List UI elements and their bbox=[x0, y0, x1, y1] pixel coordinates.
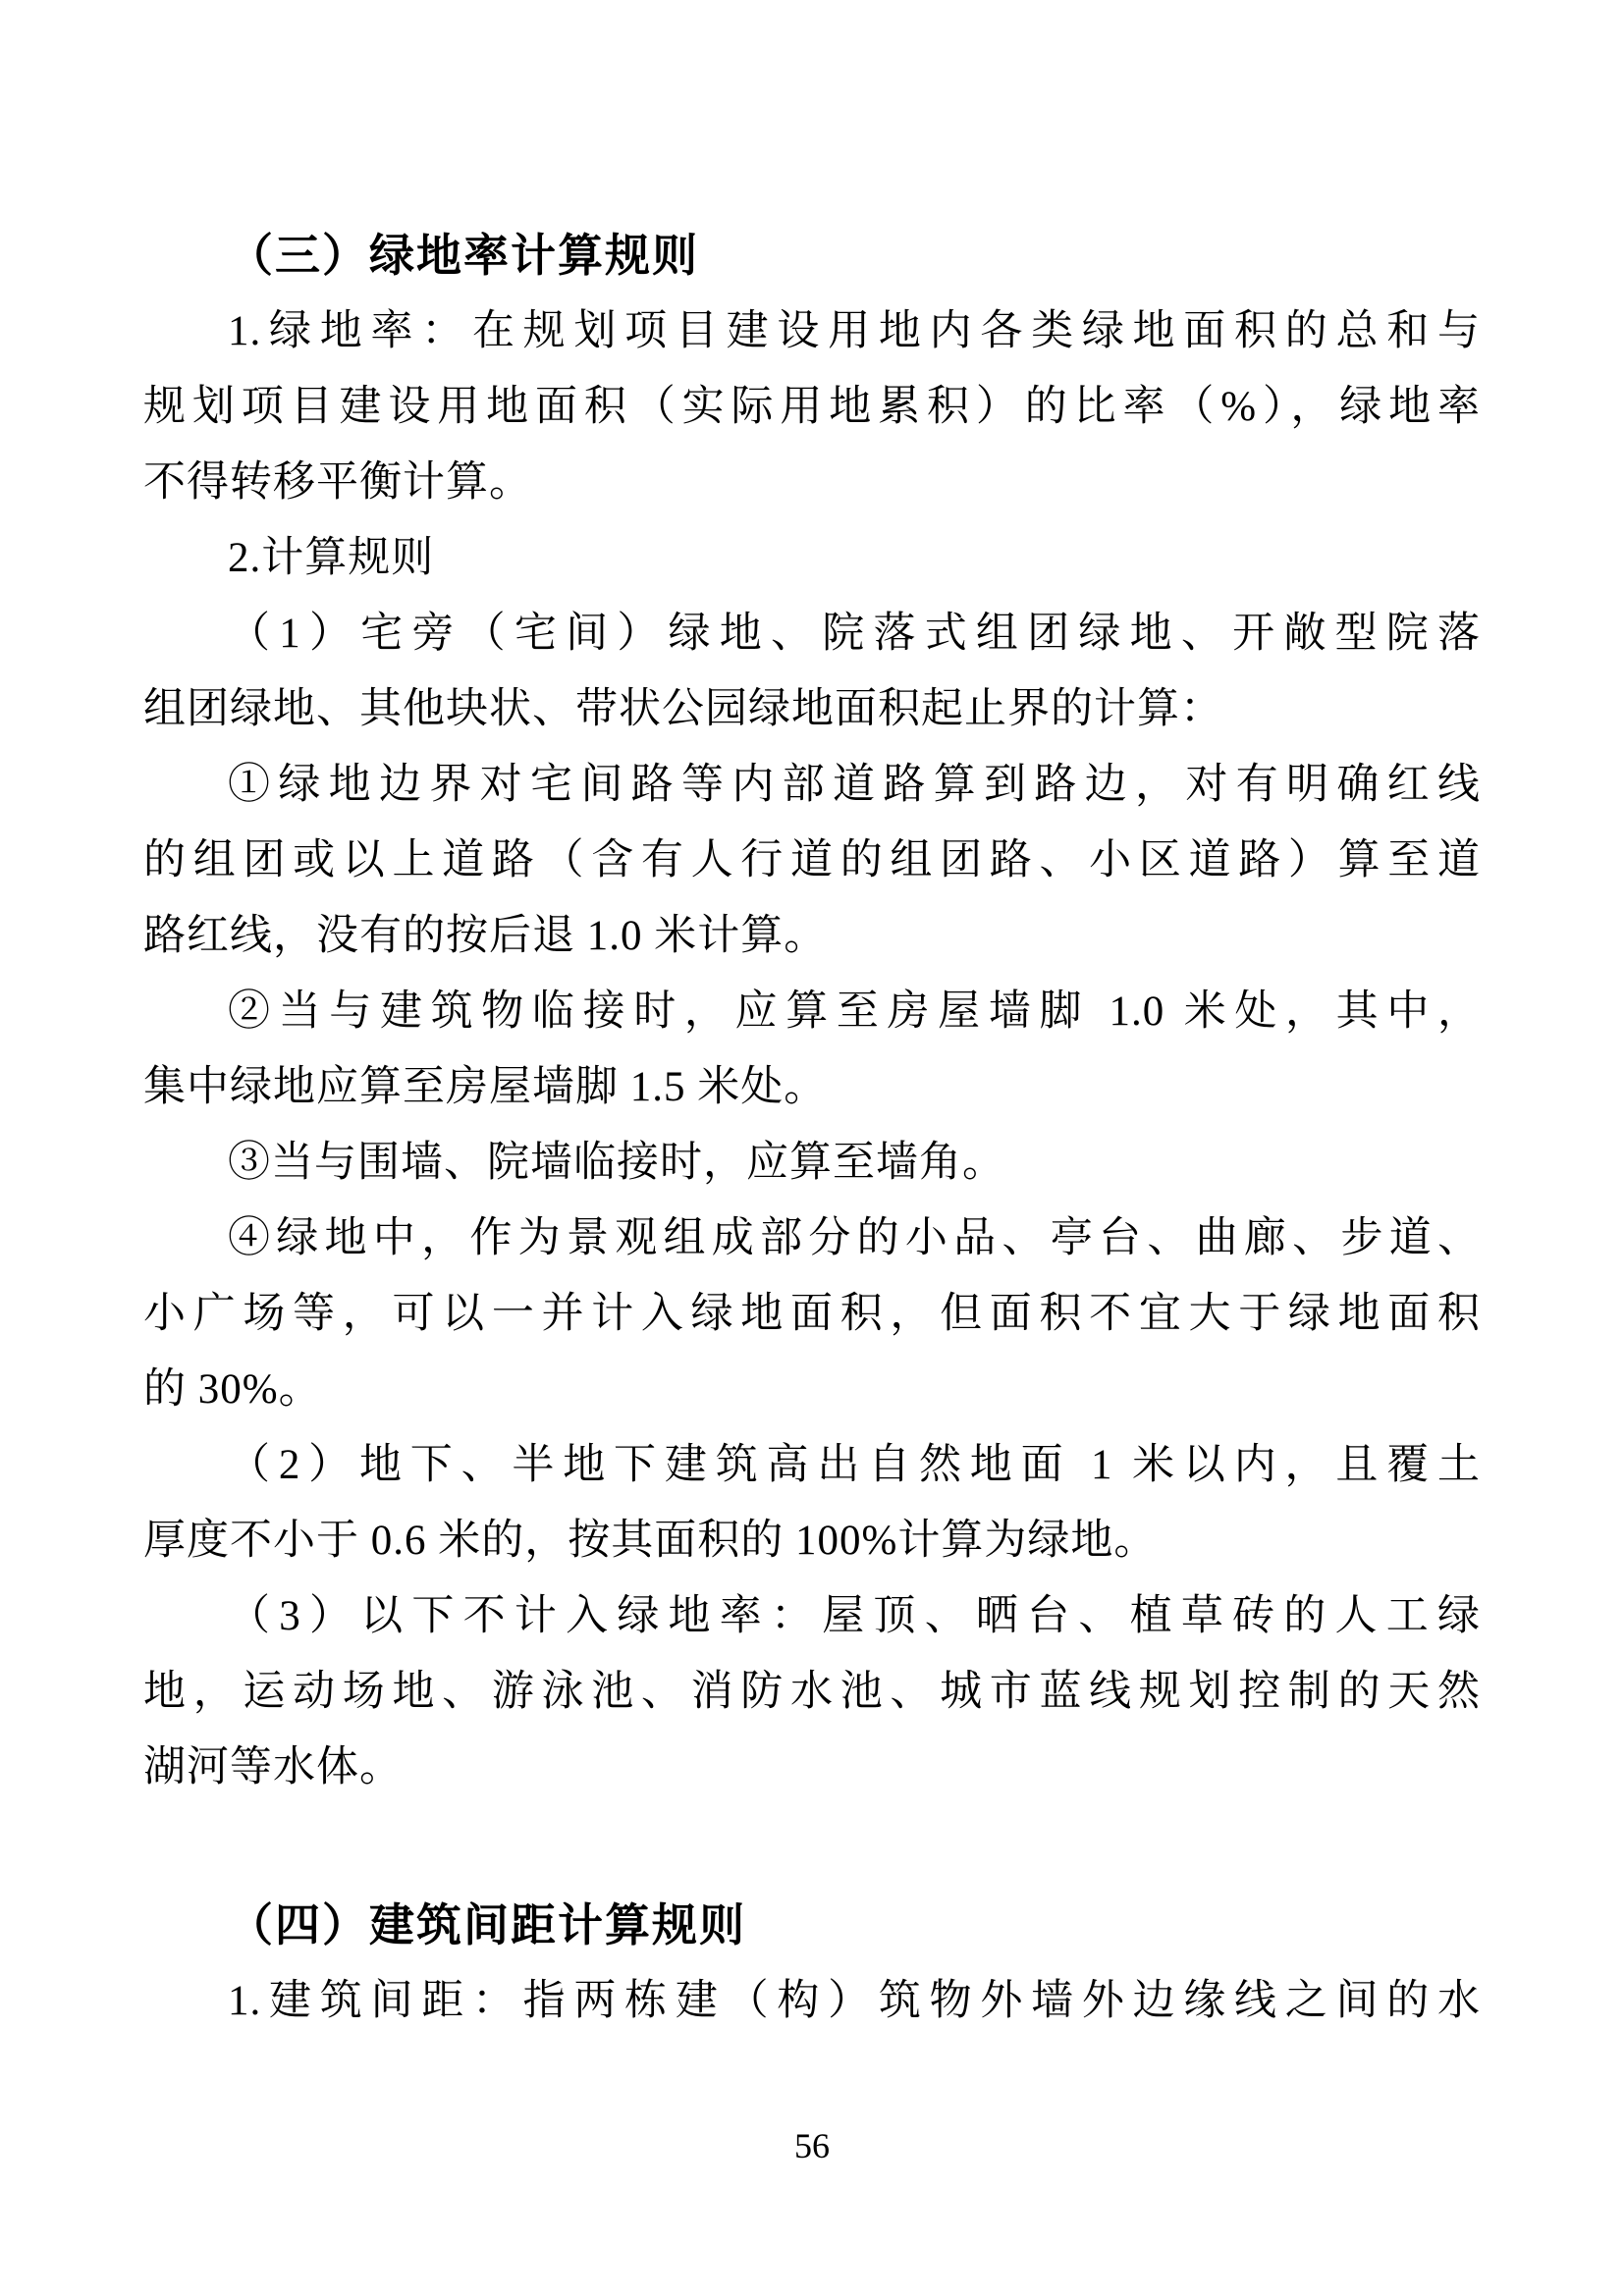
paragraph-line: ①绿地边界对宅间路等内部道路算到路边，对有明确红线 bbox=[143, 747, 1481, 823]
paragraph-line: （1）宅旁（宅间）绿地、院落式组团绿地、开敞型院落 bbox=[143, 596, 1481, 671]
paragraph-line: 1.建筑间距：指两栋建（构）筑物外墙外边缘线之间的水 bbox=[143, 1963, 1481, 2039]
paragraph-line: 湖河等水体。 bbox=[143, 1730, 1481, 1805]
paragraph-line: 集中绿地应算至房屋墙脚 1.5 米处。 bbox=[143, 1049, 1481, 1125]
paragraph-line: ③当与围墙、院墙临接时，应算至墙角。 bbox=[143, 1125, 1481, 1201]
paragraph-line: 地，运动场地、游泳池、消防水池、城市蓝线规划控制的天然 bbox=[143, 1654, 1481, 1730]
paragraph-line: 小广场等，可以一并计入绿地面积，但面积不宜大于绿地面积 bbox=[143, 1276, 1481, 1352]
paragraph-line: 的 30%。 bbox=[143, 1352, 1481, 1427]
paragraph-line: 2.计算规则 bbox=[143, 520, 1481, 596]
paragraph-line: ②当与建筑物临接时，应算至房屋墙脚 1.0 米处，其中， bbox=[143, 974, 1481, 1049]
paragraph-line: 组团绿地、其他块状、带状公园绿地面积起止界的计算： bbox=[143, 671, 1481, 747]
paragraph-line: 1.绿地率：在规划项目建设用地内各类绿地面积的总和与 bbox=[143, 294, 1481, 369]
paragraph-line: （2）地下、半地下建筑高出自然地面 1 米以内，且覆土 bbox=[143, 1427, 1481, 1503]
document-page: （三）绿地率计算规则 1.绿地率：在规划项目建设用地内各类绿地面积的总和与 规划… bbox=[0, 0, 1624, 2296]
page-number: 56 bbox=[0, 2125, 1624, 2166]
paragraph-line: 的组团或以上道路（含有人行道的组团路、小区道路）算至道 bbox=[143, 823, 1481, 898]
paragraph-line: 规划项目建设用地面积（实际用地累积）的比率（%），绿地率 bbox=[143, 369, 1481, 445]
paragraph-line: 厚度不小于 0.6 米的，按其面积的 100%计算为绿地。 bbox=[143, 1503, 1481, 1578]
section-3-heading: （三）绿地率计算规则 bbox=[143, 218, 1481, 294]
paragraph-line: 路红线，没有的按后退 1.0 米计算。 bbox=[143, 898, 1481, 974]
paragraph-line: ④绿地中，作为景观组成部分的小品、亭台、曲廊、步道、 bbox=[143, 1201, 1481, 1276]
section-4-heading: （四）建筑间距计算规则 bbox=[143, 1888, 1481, 1963]
paragraph-line: 不得转移平衡计算。 bbox=[143, 445, 1481, 520]
paragraph-line: （3）以下不计入绿地率：屋顶、晒台、植草砖的人工绿 bbox=[143, 1578, 1481, 1654]
